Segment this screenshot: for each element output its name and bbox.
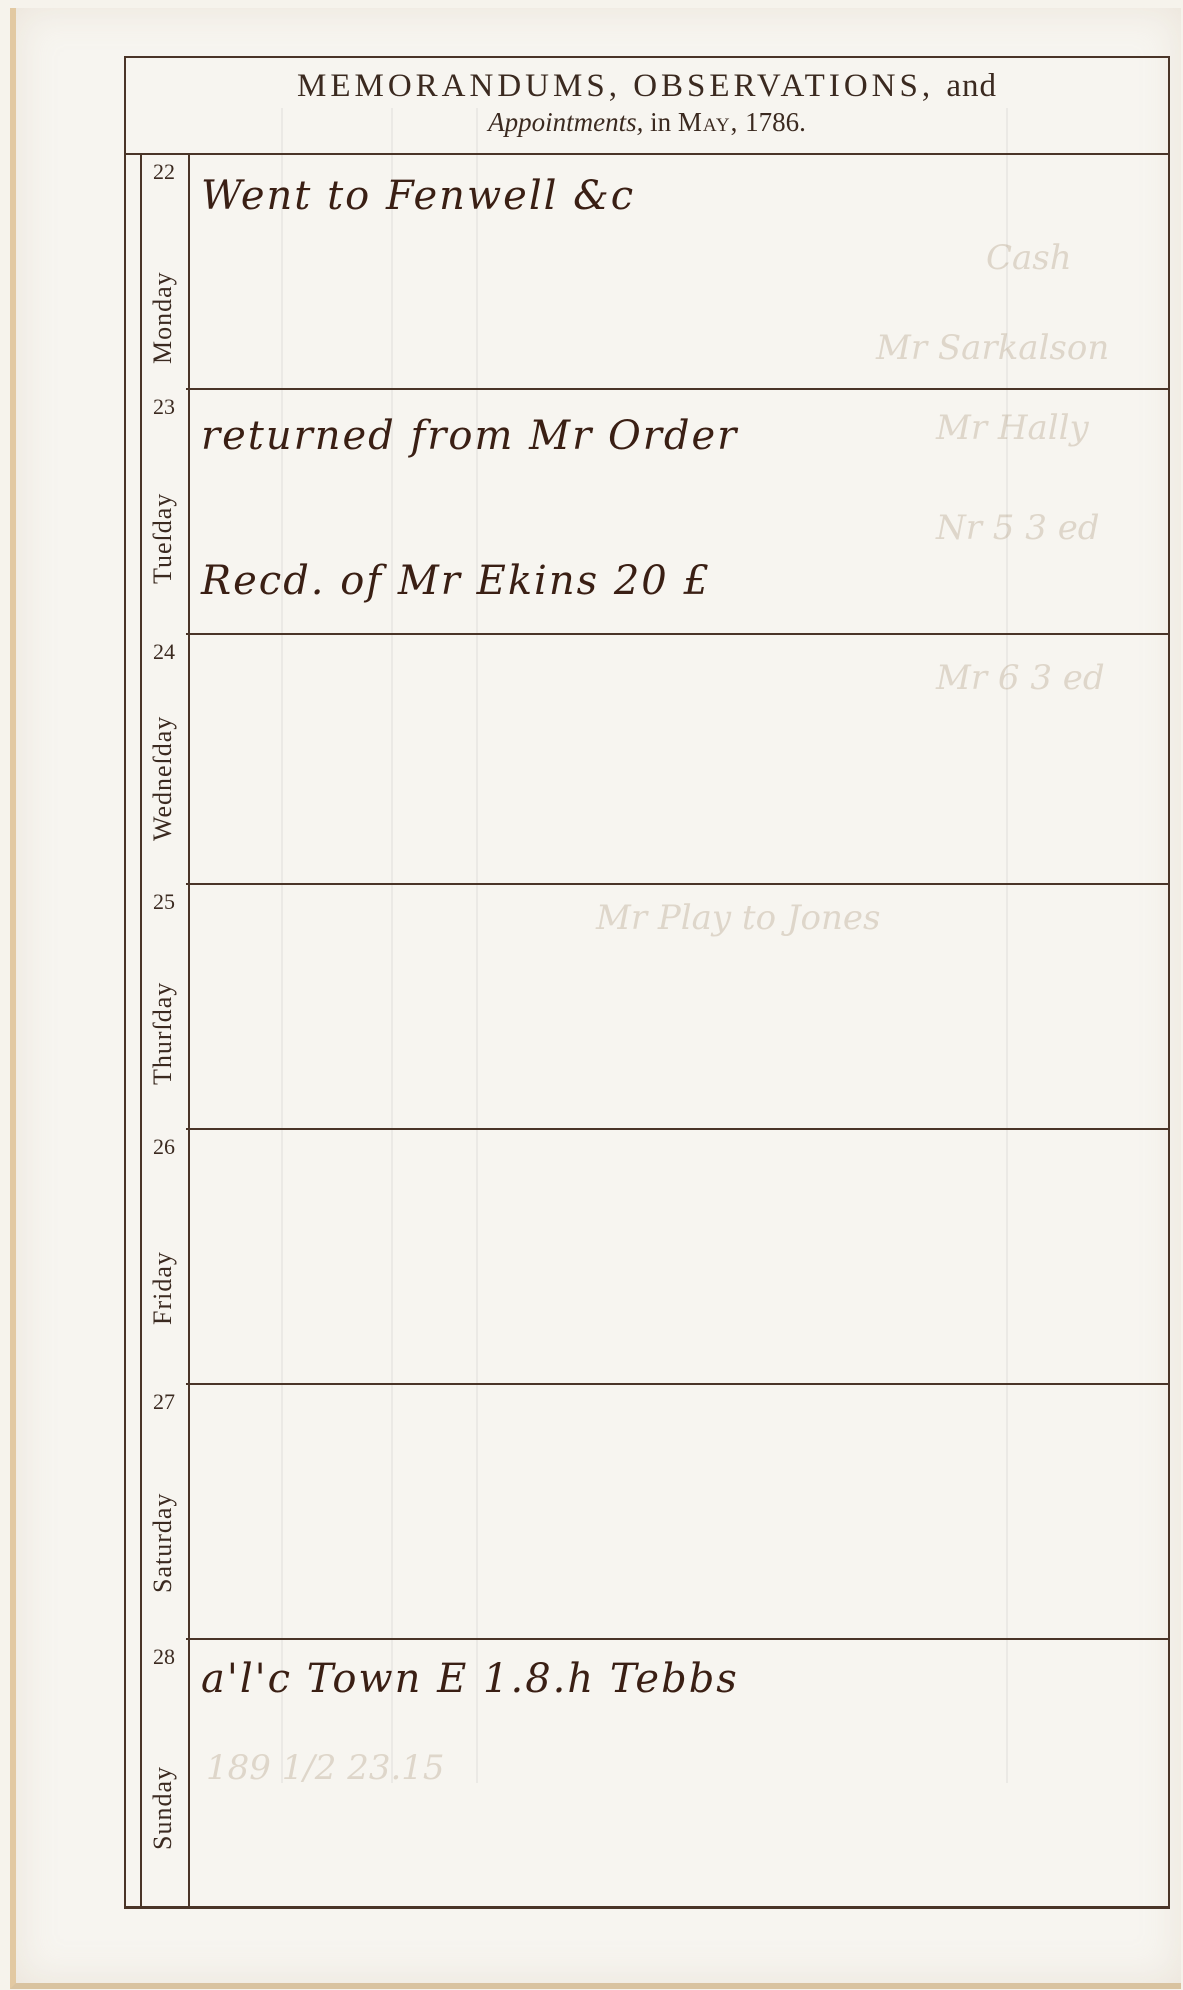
day-number: 25 — [142, 889, 186, 915]
day-name: Friday — [148, 1198, 188, 1378]
day-row-28: 28 Sunday a'l'c Town E 1.8.h Tebbs — [126, 1638, 1168, 1906]
day-name: Saturday — [148, 1453, 188, 1633]
day-name: Sunday — [148, 1718, 188, 1898]
handwritten-entry[interactable]: a'l'c Town E 1.8.h Tebbs — [201, 1656, 739, 1702]
header-subtitle: Appointments, in May, 1786. — [126, 106, 1168, 138]
almanac-page: Cash Mr Sarkalson Mr Hally Nr 5 3 ed Mr … — [10, 8, 1181, 1989]
day-number: 28 — [142, 1644, 186, 1670]
row-rule — [186, 883, 1168, 885]
row-rule — [186, 1638, 1168, 1640]
row-rule — [186, 1128, 1168, 1130]
handwritten-entry[interactable]: returned from Mr Order — [201, 413, 738, 459]
day-name: Wedneſday — [148, 678, 188, 878]
day-number: 27 — [142, 1389, 186, 1415]
day-row-26: 26 Friday — [126, 1128, 1168, 1383]
row-rule — [186, 1383, 1168, 1385]
day-row-23: 23 Tueſday returned from Mr Order Recd. … — [126, 388, 1168, 633]
day-number: 23 — [142, 394, 186, 420]
day-number: 24 — [142, 639, 186, 665]
row-rule — [186, 633, 1168, 635]
day-number: 22 — [142, 159, 186, 185]
row-rule — [186, 388, 1168, 390]
day-row-24: 24 Wedneſday — [126, 633, 1168, 883]
page-header: MEMORANDUMS, OBSERVATIONS, and Appointme… — [126, 58, 1168, 155]
handwritten-entry[interactable]: Went to Fenwell &c — [201, 173, 635, 219]
day-row-25: 25 Thurſday — [126, 883, 1168, 1128]
day-number: 26 — [142, 1134, 186, 1160]
day-name: Thurſday — [148, 943, 188, 1123]
day-name: Tueſday — [148, 448, 188, 628]
header-title: MEMORANDUMS, OBSERVATIONS, and — [126, 66, 1168, 106]
handwritten-entry[interactable]: Recd. of Mr Ekins 20 £ — [201, 558, 711, 604]
day-row-27: 27 Saturday — [126, 1383, 1168, 1638]
memorandum-frame: MEMORANDUMS, OBSERVATIONS, and Appointme… — [124, 56, 1170, 1909]
